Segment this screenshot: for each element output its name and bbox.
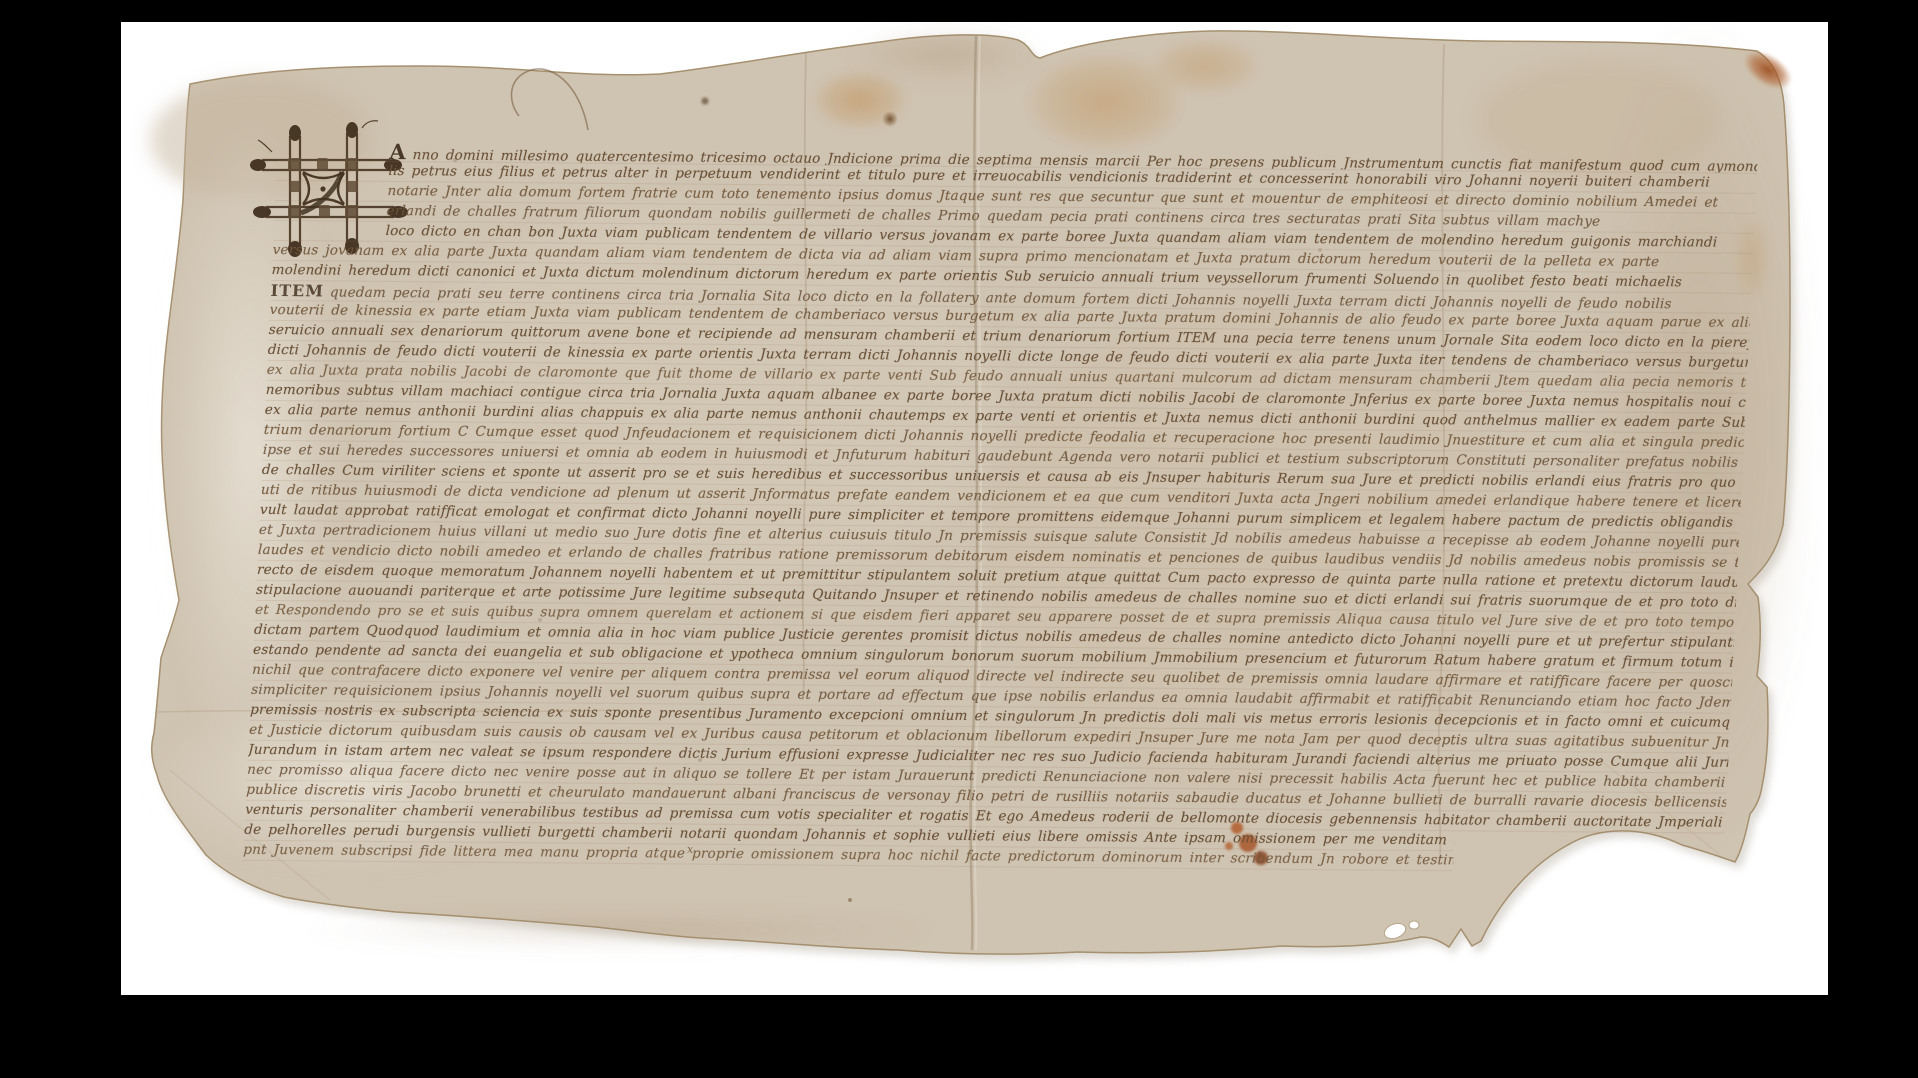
line-lead: ITEM — [270, 281, 324, 300]
manuscript-text: Anno domini millesimo quatercentesimo tr… — [244, 141, 1758, 844]
stain-top-right-2 — [1150, 38, 1260, 94]
speck-1 — [848, 898, 852, 902]
stain-dark-dot — [882, 111, 898, 127]
photo-stage: x Anno domini millesimo quatercentesimo … — [0, 0, 1918, 1078]
ink-spot — [702, 98, 709, 105]
line-lead: A — [389, 141, 408, 164]
